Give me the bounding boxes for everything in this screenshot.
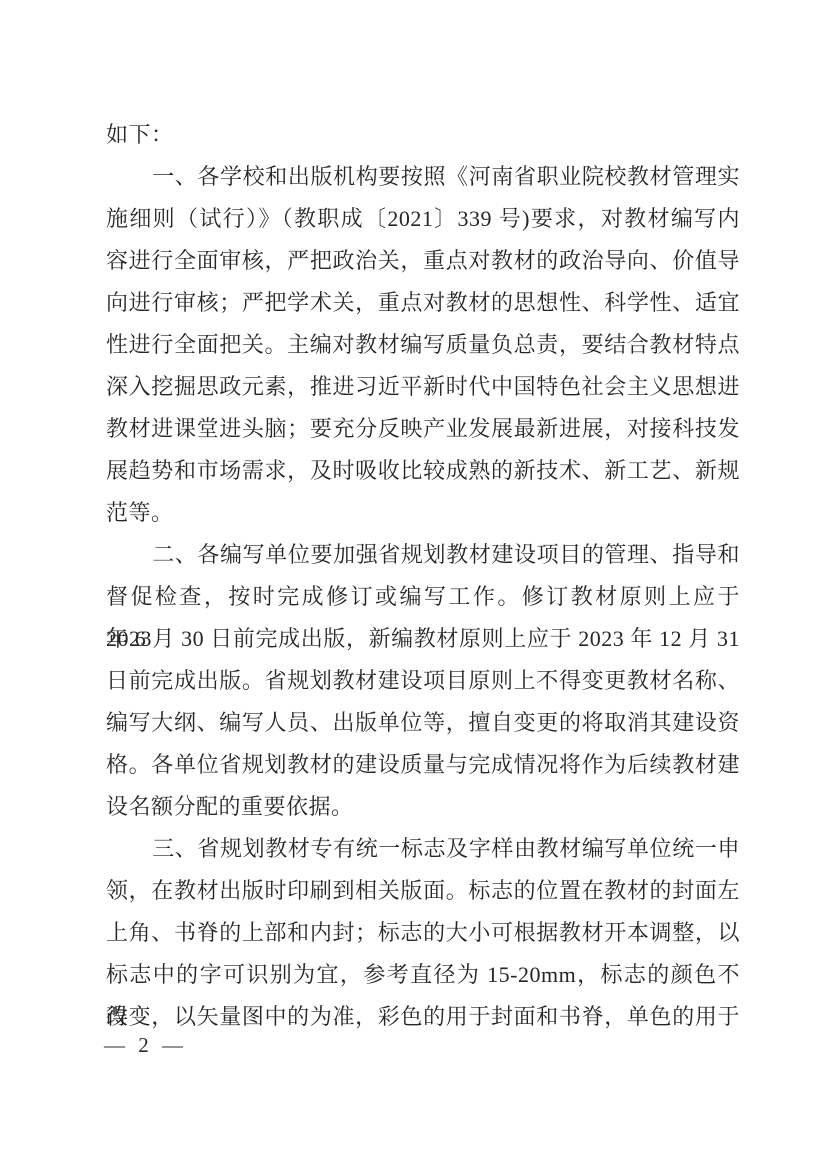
text-line: 三、省规划教材专有统一标志及字样由教材编写单位统一申 [106,828,740,870]
paragraph-1: 一、各学校和出版机构要按照《河南省职业院校教材管理实 施细则（试行）》（教职成〔… [106,156,740,534]
text-line: 改变，以矢量图中的为准，彩色的用于封面和书脊，单色的用于 [106,996,740,1038]
text-line: 教材进课堂进头脑；要充分反映产业发展最新进展，对接科技发 [106,408,740,450]
text-line: 一、各学校和出版机构要按照《河南省职业院校教材管理实 [106,156,740,198]
text-line: 性进行全面把关。主编对教材编写质量负总责，要结合教材特点 [106,324,740,366]
text-line: 格。各单位省规划教材的建设质量与完成情况将作为后续教材建 [106,744,740,786]
page-number: — 2 — [104,1024,187,1066]
text-line: 督促检查，按时完成修订或编写工作。修订教材原则上应于 2023 [106,576,740,618]
document-body: 如下： 一、各学校和出版机构要按照《河南省职业院校教材管理实 施细则（试行）》（… [106,114,740,1038]
text-line: 容进行全面审核，严把政治关，重点对教材的政治导向、价值导 [106,240,740,282]
text-line: 深入挖掘思政元素，推进习近平新时代中国特色社会主义思想进 [106,366,740,408]
text-line: 设名额分配的重要依据。 [106,786,740,828]
opening-line: 如下： [106,114,740,156]
text-line: 日前完成出版。省规划教材建设项目原则上不得变更教材名称、 [106,660,740,702]
text-line: 年 6 月 30 日前完成出版，新编教材原则上应于 2023 年 12 月 31 [106,618,740,660]
text-line: 施细则（试行）》（教职成〔2021〕339 号)要求，对教材编写内 [106,198,740,240]
text-line: 二、各编写单位要加强省规划教材建设项目的管理、指导和 [106,534,740,576]
text-line: 标志中的字可识别为宜，参考直径为 15-20mm，标志的颜色不得 [106,954,740,996]
text-line: 编写大纲、编写人员、出版单位等，擅自变更的将取消其建设资 [106,702,740,744]
paragraph-2: 二、各编写单位要加强省规划教材建设项目的管理、指导和 督促检查，按时完成修订或编… [106,534,740,828]
text-line: 范等。 [106,492,740,534]
paragraph-3: 三、省规划教材专有统一标志及字样由教材编写单位统一申 领，在教材出版时印刷到相关… [106,828,740,1038]
text-line: 上角、书脊的上部和内封；标志的大小可根据教材开本调整，以 [106,912,740,954]
document-page: 如下： 一、各学校和出版机构要按照《河南省职业院校教材管理实 施细则（试行）》（… [0,0,830,1174]
text-line: 展趋势和市场需求，及时吸收比较成熟的新技术、新工艺、新规 [106,450,740,492]
text-line: 领，在教材出版时印刷到相关版面。标志的位置在教材的封面左 [106,870,740,912]
text-line: 向进行审核；严把学术关，重点对教材的思想性、科学性、适宜 [106,282,740,324]
